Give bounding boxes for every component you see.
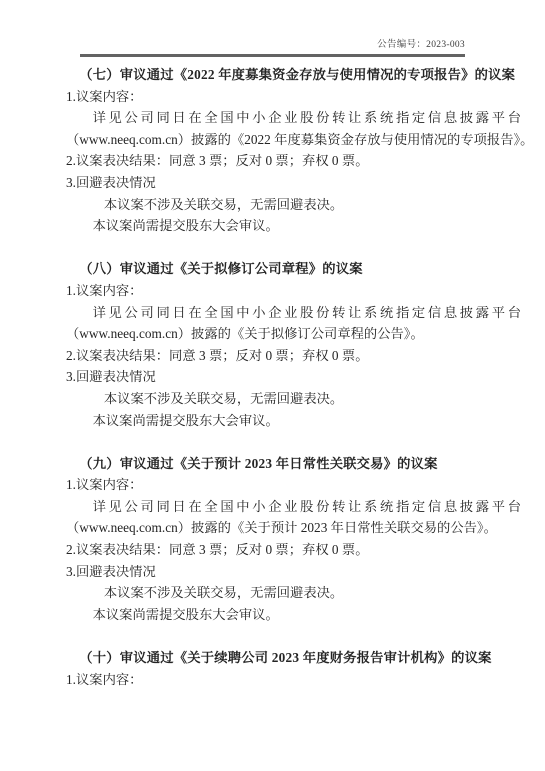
disclosure-line-2: （www.neeq.com.cn）披露的《关于拟修订公司章程的公告》。 xyxy=(66,323,521,345)
disclosure-line-1: 详见公司同日在全国中小企业股份转让系统指定信息披露平台 xyxy=(66,107,521,129)
avoidance-note: 本议案不涉及关联交易，无需回避表决。 xyxy=(66,388,521,410)
vote-result: 2.议案表决结果：同意 3 票；反对 0 票；弃权 0 票。 xyxy=(66,150,521,172)
document-page: 公告编号：2023-003 （七）审议通过《2022 年度募集资金存放与使用情况… xyxy=(0,0,545,771)
section-title: （九）审议通过《关于预计 2023 年日常性关联交易》的议案 xyxy=(66,453,521,475)
section-title: （八）审议通过《关于拟修订公司章程》的议案 xyxy=(66,258,521,280)
section-7: （七）审议通过《2022 年度募集资金存放与使用情况的专项报告》的议案 1.议案… xyxy=(66,64,521,237)
section-10: （十）审议通过《关于续聘公司 2023 年度财务报告审计机构》的议案 1.议案内… xyxy=(66,647,521,690)
avoidance-label: 3.回避表决情况 xyxy=(66,561,521,583)
avoidance-note: 本议案不涉及关联交易，无需回避表决。 xyxy=(66,194,521,216)
proposal-content-label: 1.议案内容： xyxy=(66,86,521,108)
section-title: （十）审议通过《关于续聘公司 2023 年度财务报告审计机构》的议案 xyxy=(66,647,521,669)
proposal-content-label: 1.议案内容： xyxy=(66,474,521,496)
vote-result: 2.议案表决结果：同意 3 票；反对 0 票；弃权 0 票。 xyxy=(66,539,521,561)
avoidance-label: 3.回避表决情况 xyxy=(66,366,521,388)
proposal-content-label: 1.议案内容： xyxy=(66,669,521,691)
disclosure-line-1: 详见公司同日在全国中小企业股份转让系统指定信息披露平台 xyxy=(66,302,521,324)
section-9: （九）审议通过《关于预计 2023 年日常性关联交易》的议案 1.议案内容： 详… xyxy=(66,453,521,626)
page-header-rule: 公告编号：2023-003 xyxy=(80,36,465,57)
disclosure-line-2: （www.neeq.com.cn）披露的《关于预计 2023 年日常性关联交易的… xyxy=(66,517,521,539)
shareholder-meeting-note: 本议案尚需提交股东大会审议。 xyxy=(66,215,521,237)
shareholder-meeting-note: 本议案尚需提交股东大会审议。 xyxy=(66,604,521,626)
disclosure-line-1: 详见公司同日在全国中小企业股份转让系统指定信息披露平台 xyxy=(66,496,521,518)
announcement-number: 公告编号：2023-003 xyxy=(377,40,465,50)
section-title: （七）审议通过《2022 年度募集资金存放与使用情况的专项报告》的议案 xyxy=(66,64,521,86)
proposal-content-label: 1.议案内容： xyxy=(66,280,521,302)
avoidance-label: 3.回避表决情况 xyxy=(66,172,521,194)
document-body: （七）审议通过《2022 年度募集资金存放与使用情况的专项报告》的议案 1.议案… xyxy=(66,64,521,690)
section-8: （八）审议通过《关于拟修订公司章程》的议案 1.议案内容： 详见公司同日在全国中… xyxy=(66,258,521,431)
avoidance-note: 本议案不涉及关联交易，无需回避表决。 xyxy=(66,582,521,604)
disclosure-line-2: （www.neeq.com.cn）披露的《2022 年度募集资金存放与使用情况的… xyxy=(66,129,521,151)
vote-result: 2.议案表决结果：同意 3 票；反对 0 票；弃权 0 票。 xyxy=(66,345,521,367)
shareholder-meeting-note: 本议案尚需提交股东大会审议。 xyxy=(66,410,521,432)
